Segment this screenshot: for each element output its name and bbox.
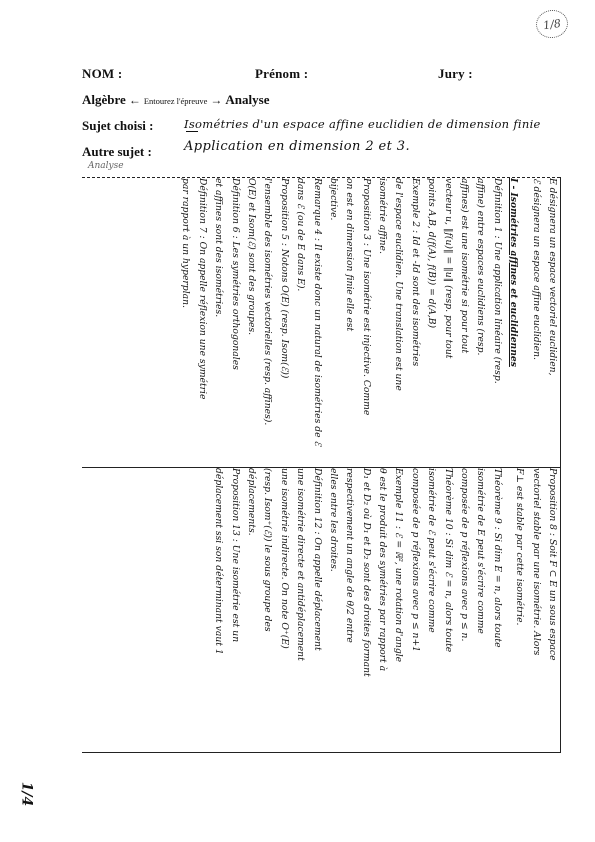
- autre-label: Autre sujet :: [82, 144, 152, 160]
- handwritten-line: on est en dimension finie elle est: [341, 178, 357, 467]
- sujet-label: Sujet choisi :: [82, 118, 154, 134]
- handwritten-line-text: Définition 6 : Les symétries orthogonale…: [230, 178, 241, 370]
- handwritten-line-text: points A,B, d(f(A), f(B)) = d(A,B): [426, 178, 437, 328]
- handwritten-line-text: une isométrie indirecte. On note O⁺(E): [279, 468, 290, 649]
- choice-algebre: Algèbre: [82, 92, 126, 108]
- handwritten-line: E désignera un espace vectoriel euclidie…: [544, 178, 560, 467]
- handwritten-line-text: Définition 7 : On appelle réflexion une …: [197, 178, 208, 399]
- choice-analyse: Analyse: [225, 92, 269, 108]
- handwritten-line-text: déplacement ssi son déterminant vaut 1: [213, 468, 224, 655]
- handwritten-line-text: vectoriel stable par une isométrie. Alor…: [531, 468, 542, 655]
- handwritten-line: affines) est une isométrie si pour tout: [456, 178, 472, 467]
- handwritten-line: affine) entre espaces euclidiens (resp.: [472, 178, 488, 467]
- handwritten-line: bijective.: [325, 178, 341, 467]
- handwritten-line: et affines sont des isométries.: [210, 178, 226, 467]
- handwritten-line-text: déplacements.: [246, 468, 257, 536]
- handwritten-line-text: par rapport à un hyperplan.: [180, 178, 191, 308]
- handwritten-line: Définition 6 : Les symétries orthogonale…: [226, 178, 242, 467]
- handwritten-line-text: une isométrie directe et antidéplacement: [295, 468, 306, 661]
- choice-instruction: Entourez l'épreuve: [144, 96, 208, 106]
- handwritten-line: isométrie de E peut s'écrire comme: [472, 468, 488, 752]
- handwritten-line-text: isométrie de E peut s'écrire comme: [475, 468, 486, 634]
- handwritten-line-text: isométrie affine.: [377, 178, 388, 254]
- jury-label: Jury :: [438, 66, 473, 82]
- handwritten-line: dans ℰ (ou de E dans E).: [292, 178, 308, 467]
- handwritten-line: l'ensemble des isométries vectorielles (…: [259, 178, 275, 467]
- handwritten-line-text: E désignera un espace vectoriel euclidie…: [547, 178, 558, 376]
- handwritten-line: déplacement ssi son déterminant vaut 1: [210, 468, 226, 752]
- nom-label: NOM :: [82, 66, 122, 82]
- handwritten-line-text: vecteur u, ‖f(u)‖ = ‖u‖ (resp. pour tout: [443, 178, 454, 358]
- prenom-label: Prénom :: [255, 66, 308, 82]
- handwritten-line: ℰ désignera un espace affine euclidien.: [527, 178, 543, 467]
- handwritten-line: une isométrie indirecte. On note O⁺(E): [275, 468, 291, 752]
- handwritten-line-text: θ est le produit des symétries par rappo…: [377, 468, 388, 671]
- handwritten-line-text: Définition 12 : On appelle déplacement: [312, 468, 323, 651]
- handwritten-line-text: isométrie de ℰ peut s'écrire comme: [426, 468, 437, 633]
- handwritten-line: vectoriel stable par une isométrie. Alor…: [527, 468, 543, 752]
- handwritten-line-text: composée de p réflexions avec p ≤ n+1: [410, 468, 421, 652]
- handwritten-line: Proposition 5 : Notons O(E) (resp. Isom(…: [275, 178, 291, 467]
- handwritten-line-text: respectivement un angle de θ/2 entre: [344, 468, 355, 643]
- handwritten-line-text: Remarque 4 : Il existe donc un natural d…: [312, 178, 323, 446]
- upper-rotated-text: E désignera un espace vectoriel euclidie…: [177, 178, 560, 467]
- handwritten-line: composée de p réflexions avec p ≤ n.: [456, 468, 472, 752]
- handwritten-line: D₁ et D₂ où D₁ et D₂ sont des droites fo…: [357, 468, 373, 752]
- handwritten-line: respectivement un angle de θ/2 entre: [341, 468, 357, 752]
- handwritten-line-text: Proposition 8 : Soit F ⊂ E un sous espac…: [547, 468, 558, 661]
- handwritten-line-text: composée de p réflexions avec p ≤ n.: [459, 468, 470, 641]
- handwritten-line-text: O(E) et Isom(ℰ) sont des groupes.: [246, 178, 257, 335]
- handwritten-line-text: Théorème 10 : Si dim ℰ = n, alors toute: [443, 468, 454, 652]
- handwritten-line: points A,B, d(f(A), f(B)) = d(A,B): [423, 178, 439, 467]
- lower-handwritten-block: Proposition 8 : Soit F ⊂ E un sous espac…: [82, 468, 560, 752]
- exam-choice-row: Algèbre ← Entourez l'épreuve → Analyse: [82, 92, 269, 108]
- handwritten-line: Proposition 8 : Soit F ⊂ E un sous espac…: [544, 468, 560, 752]
- handwritten-line: Définition 7 : On appelle réflexion une …: [193, 178, 209, 467]
- handwritten-line-text: Exemple 11 : ℰ = ℝ², une rotation d'angl…: [393, 468, 404, 662]
- handwritten-line-text: (resp. Isom⁺(ℰ)) le sous groupe des: [262, 468, 273, 632]
- handwritten-line-text: l'ensemble des isométries vectorielles (…: [262, 178, 273, 425]
- handwritten-line-text: Exemple 2 : Id et -Id sont des isométrie…: [410, 178, 421, 366]
- handwritten-line: Exemple 2 : Id et -Id sont des isométrie…: [406, 178, 422, 467]
- handwritten-line: O(E) et Isom(ℰ) sont des groupes.: [243, 178, 259, 467]
- handwritten-line-text: Théorème 9 : Si dim E = n, alors toute: [492, 468, 503, 648]
- handwritten-line: Proposition 13 : Une isométrie est un: [226, 468, 242, 752]
- handwritten-line-text: Proposition 13 : Une isométrie est un: [230, 468, 241, 642]
- handwritten-line: Définition 12 : On appelle déplacement: [308, 468, 324, 752]
- sujet-value: Isométries d'un espace affine euclidien …: [184, 117, 541, 131]
- handwritten-line: une isométrie directe et antidéplacement: [292, 468, 308, 752]
- handwritten-line: (resp. Isom⁺(ℰ)) le sous groupe des: [259, 468, 275, 752]
- handwritten-line: isométrie affine.: [374, 178, 390, 467]
- upper-handwritten-block: E désignera un espace vectoriel euclidie…: [82, 178, 560, 467]
- frame-bottom-border: [82, 752, 560, 753]
- frame-right-border: [560, 177, 561, 753]
- handwritten-line-text: elles entre les droites.: [328, 468, 339, 572]
- handwritten-line-text: affine) entre espaces euclidiens (resp.: [475, 178, 486, 355]
- page-stamp: 1/8: [534, 8, 570, 40]
- handwritten-line: de l'espace euclidien. Une translation e…: [390, 178, 406, 467]
- handwritten-line: elles entre les droites.: [325, 468, 341, 752]
- handwritten-line: Théorème 10 : Si dim ℰ = n, alors toute: [439, 468, 455, 752]
- handwritten-line-text: ℰ désignera un espace affine euclidien.: [531, 178, 542, 360]
- handwritten-line-text: dans ℰ (ou de E dans E).: [295, 178, 306, 291]
- arrow-right-icon: →: [210, 93, 222, 108]
- handwritten-line-text: Définition 1 : Une application linéaire …: [492, 178, 503, 384]
- handwritten-line-text: I - Isométries affines et euclidiennes: [508, 178, 519, 367]
- margin-note: Analyse: [88, 161, 124, 171]
- handwritten-line: Remarque 4 : Il existe donc un natural d…: [308, 178, 324, 467]
- lower-rotated-text: Proposition 8 : Soit F ⊂ E un sous espac…: [210, 468, 560, 752]
- handwritten-line-text: de l'espace euclidien. Une translation e…: [393, 178, 404, 391]
- handwritten-line-text: et affines sont des isométries.: [213, 178, 224, 317]
- handwritten-line: I - Isométries affines et euclidiennes: [505, 178, 521, 467]
- handwritten-line-text: Proposition 5 : Notons O(E) (resp. Isom(…: [279, 178, 290, 378]
- sujet-underline: [186, 131, 198, 132]
- handwritten-line: Exemple 11 : ℰ = ℝ², une rotation d'angl…: [390, 468, 406, 752]
- handwritten-line: isométrie de ℰ peut s'écrire comme: [423, 468, 439, 752]
- handwritten-line-text: bijective.: [328, 178, 339, 220]
- handwritten-line: θ est le produit des symétries par rappo…: [374, 468, 390, 752]
- handwritten-line: F⊥ est stable par cette isométrie.: [511, 468, 527, 752]
- handwritten-line: par rapport à un hyperplan.: [177, 178, 193, 467]
- handwritten-line: Proposition 3 : Une isométrie est inject…: [357, 178, 373, 467]
- autre-value: Application en dimension 2 et 3.: [184, 139, 410, 154]
- handwritten-line: [505, 468, 511, 752]
- handwritten-line-text: Proposition 3 : Une isométrie est inject…: [361, 178, 372, 415]
- handwritten-line-text: F⊥ est stable par cette isométrie.: [514, 468, 525, 625]
- arrow-left-icon: ←: [129, 93, 141, 108]
- handwritten-line: Théorème 9 : Si dim E = n, alors toute: [488, 468, 504, 752]
- handwritten-line: déplacements.: [243, 468, 259, 752]
- handwritten-line: vecteur u, ‖f(u)‖ = ‖u‖ (resp. pour tout: [439, 178, 455, 467]
- handwritten-line-text: affines) est une isométrie si pour tout: [459, 178, 470, 353]
- handwritten-line: composée de p réflexions avec p ≤ n+1: [406, 468, 422, 752]
- handwritten-line-text: D₁ et D₂ où D₁ et D₂ sont des droites fo…: [361, 468, 372, 677]
- page-number: 1/4: [18, 782, 34, 807]
- handwritten-line: Définition 1 : Une application linéaire …: [488, 178, 504, 467]
- handwritten-line-text: on est en dimension finie elle est: [344, 178, 355, 331]
